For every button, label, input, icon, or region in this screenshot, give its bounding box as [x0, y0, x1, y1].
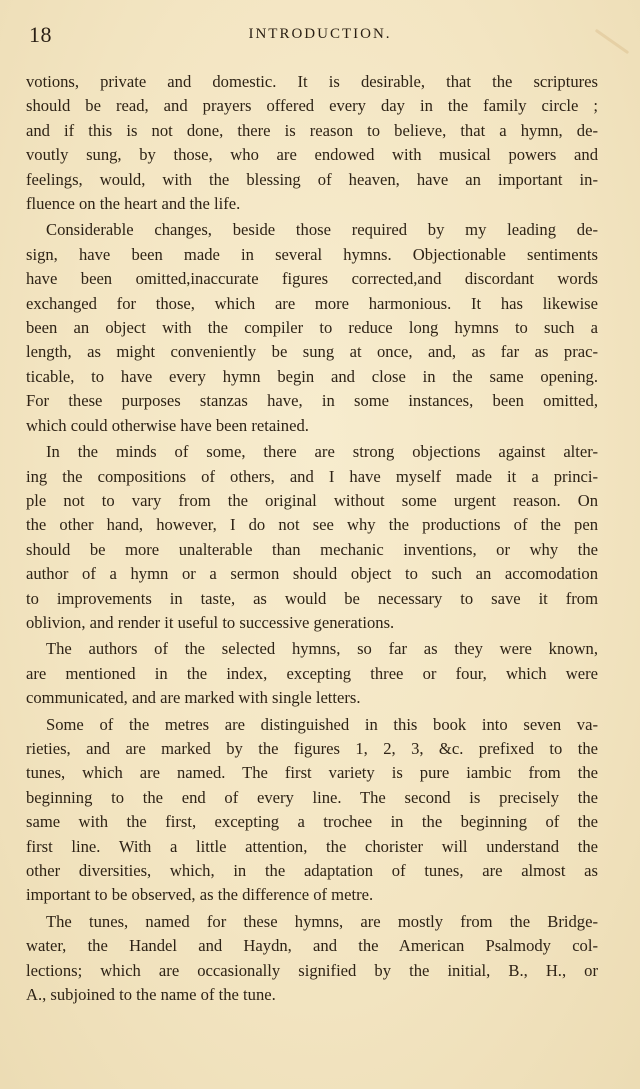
text-line: The tunes, named for these hymns, are mo…	[26, 910, 598, 934]
text-line: ple not to vary from the original withou…	[26, 489, 598, 513]
text-line: length, as might conveniently be sung at…	[26, 340, 598, 364]
text-line: fluence on the heart and the life.	[26, 192, 598, 216]
text-line: exchanged for those, which are more harm…	[26, 292, 598, 316]
text-line: the other hand, however, I do not see wh…	[26, 513, 598, 537]
text-line: first line. With a little attention, the…	[26, 835, 598, 859]
text-line: author of a hymn or a sermon should obje…	[26, 562, 598, 586]
text-line: other diversities, which, in the adaptat…	[26, 859, 598, 883]
text-line: ticable, to have every hymn begin and cl…	[26, 365, 598, 389]
paragraph-metres: Some of the metres are distinguished in …	[26, 713, 598, 908]
text-line: same with the first, excepting a trochee…	[26, 810, 598, 834]
text-line: should be more unalterable than mechanic…	[26, 538, 598, 562]
text-line: been an object with the compiler to redu…	[26, 316, 598, 340]
text-line: A., subjoined to the name of the tune.	[26, 983, 598, 1007]
paragraph-tunes: The tunes, named for these hymns, are mo…	[26, 910, 598, 1008]
text-line: oblivion, and render it useful to succes…	[26, 611, 598, 635]
text-line: ing the compositions of others, and I ha…	[26, 465, 598, 489]
text-line: rieties, and are marked by the figures 1…	[26, 737, 598, 761]
text-line: The authors of the selected hymns, so fa…	[26, 637, 598, 661]
text-line: votions, private and domestic. It is des…	[26, 70, 598, 94]
page-header: 18 INTRODUCTION.	[27, 18, 613, 48]
paragraph-devotions: votions, private and domestic. It is des…	[26, 70, 598, 216]
text-line: should be read, and prayers offered ever…	[26, 94, 598, 118]
body-text: votions, private and domestic. It is des…	[26, 70, 598, 1007]
text-line: are mentioned in the index, excepting th…	[26, 662, 598, 686]
text-line: beginning to the end of every line. The …	[26, 786, 598, 810]
text-line: water, the Handel and Haydn, and the Ame…	[26, 934, 598, 958]
running-head: INTRODUCTION.	[27, 26, 613, 43]
text-line: voutly sung, by those, who are endowed w…	[26, 143, 598, 167]
text-line: In the minds of some, there are strong o…	[26, 440, 598, 464]
paragraph-changes: Considerable changes, beside those requi…	[26, 218, 598, 438]
text-line: and if this is not done, there is reason…	[26, 119, 598, 143]
text-line: to improvements in taste, as would be ne…	[26, 587, 598, 611]
text-line: sign, have been made in several hymns. O…	[26, 243, 598, 267]
paragraph-authors: The authors of the selected hymns, so fa…	[26, 637, 598, 710]
text-line: communicated, and are marked with single…	[26, 686, 598, 710]
text-line: For these purposes stanzas have, in some…	[26, 389, 598, 413]
text-line: lections; which are occasionally signifi…	[26, 959, 598, 983]
text-line: tunes, which are named. The first variet…	[26, 761, 598, 785]
text-line: Some of the metres are distinguished in …	[26, 713, 598, 737]
text-line: important to be observed, as the differe…	[26, 883, 598, 907]
text-line: have been omitted,inaccurate figures cor…	[26, 267, 598, 291]
text-line: which could otherwise have been retained…	[26, 414, 598, 438]
paragraph-objections: In the minds of some, there are strong o…	[26, 440, 598, 635]
text-line: Considerable changes, beside those requi…	[26, 218, 598, 242]
book-page: 18 INTRODUCTION. votions, private and do…	[0, 0, 640, 1089]
text-line: feelings, would, with the blessing of he…	[26, 168, 598, 192]
